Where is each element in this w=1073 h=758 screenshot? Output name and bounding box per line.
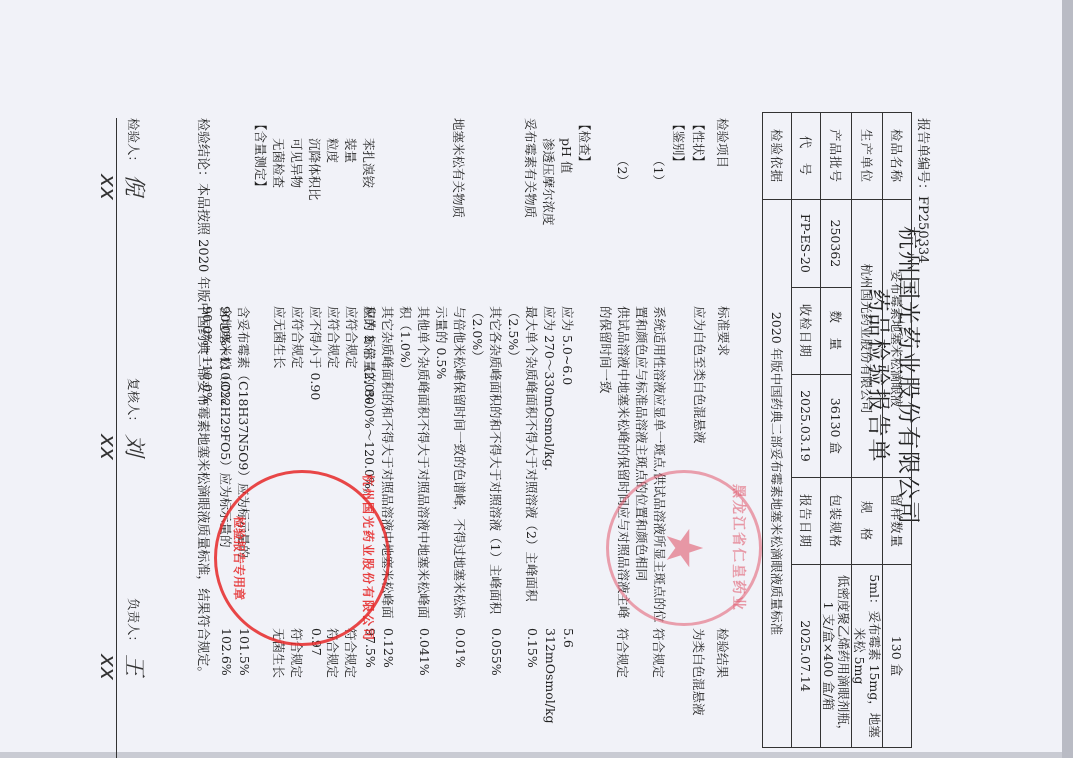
product-code: FP-ES-20 (792, 200, 821, 288)
row-result: 符合规定 (324, 628, 342, 758)
row-item: 沉降体积比 (306, 118, 324, 338)
row-result: 101.5% (237, 628, 252, 758)
row-standard: 其它各杂质峰面积的和不得大于对照溶液（1）主峰面积（2.0%） (468, 306, 504, 626)
row-standard: 应为白色至类白色混悬液 (690, 306, 708, 626)
receive-date: 2025.03.19 (792, 374, 821, 477)
row-item: 渗透压摩尔浓度 (540, 118, 558, 338)
inspector: 检验人： 倪xx (125, 118, 143, 168)
row-item: 地塞米松有关物质 (450, 118, 468, 318)
manufacturer: 杭州国光药业股份有限公司 (852, 200, 883, 478)
row-item: 【性状】 (690, 118, 708, 318)
row-result: 符合规定 (288, 628, 306, 758)
info-table: 检品名称 妥布霉素地塞米松滴眼液 留样数量 130 盒 生产单位 杭州国光药业股… (762, 112, 912, 748)
scan-edge (1062, 0, 1073, 758)
row-standard: 与倍他米松峰保留时间一致的色谱峰，不得过地塞米松标示量的 0.5% (432, 306, 468, 626)
row-standard: 应符合规定 (342, 306, 360, 626)
report-date: 2025.07.14 (792, 565, 821, 748)
reviewer-signature: 刘xx (95, 434, 151, 460)
report-page: 杭州国光药业股份有限公司 药品检验报告单 报告单编号：FP250334 检品名称… (0, 0, 1062, 752)
responsible: 负责人： 王xx (125, 598, 143, 648)
test-basis: 2020 年版中国药典二部妥布霉素地塞米松滴眼液质量标准 (763, 200, 792, 748)
row-result: 102.6% (219, 628, 234, 758)
row-item: 可见异物 (288, 118, 306, 338)
row-result: 0.041% (417, 628, 432, 758)
row-result: 为类白色混悬液 (690, 628, 708, 758)
row-item: 【含量测定】 (252, 118, 270, 318)
row-standard: 应不得小于 0.90 (306, 306, 324, 626)
row-result: 符合规定 (650, 628, 668, 758)
row-result: 0.15% (525, 628, 540, 758)
row-item: 苯扎溴铵 (360, 118, 378, 338)
row-result: 97.5% (363, 628, 378, 758)
quantity: 36130 盒 (821, 374, 852, 477)
row-standard: 应为 标示量的 80.0%～120.0%。 (360, 306, 378, 626)
row-item: 粒度 (324, 118, 342, 338)
row-result: 5.6 (561, 628, 576, 758)
row-item: 妥布霉素有关物质 (522, 118, 540, 318)
row-item: pH 值 (558, 118, 576, 338)
row-item: 【鉴别】 (670, 118, 688, 318)
row-result: 0.97 (309, 628, 324, 758)
row-result: 312mOsmol/kg (543, 628, 558, 758)
row-result: 无菌生长 (270, 628, 288, 758)
row-standard: 最大单个杂质峰面积不得大于对照溶液（2）主峰面积（2.5%） (504, 306, 540, 626)
row-standard: 应无菌生长 (270, 306, 288, 626)
inspector-signature: 倪xx (95, 174, 151, 200)
report-number: 报告单编号：FP250334 (915, 118, 934, 263)
sample-qty: 130 盒 (883, 565, 912, 748)
row-standard: 应符合规定 (288, 306, 306, 626)
row-standard: 应为 5.0~6.0 (558, 306, 576, 626)
row-result: 符合规定 (614, 628, 632, 758)
row-item: 无菌检查 (270, 118, 288, 338)
row-item: 【检查】 (576, 118, 594, 318)
row-item: 装量 (342, 118, 360, 338)
spec: 5ml：妥布霉素 15mg，地塞米松 5mg (852, 565, 883, 748)
row-standard: 系统适用性溶液应显单一斑点,供试品溶液所显主斑点的位置和颜色应与标准品溶液主斑点… (632, 306, 668, 626)
conclusion: 检验结论：本品按照 2020 年版中国药典二部妥布霉素地塞米松滴眼液质量标准，结… (192, 118, 212, 758)
row-standard: 供试品溶液中地塞米松峰的保留时间应与对照品溶液主峰的保留时间一致 (596, 306, 632, 626)
product-name: 妥布霉素地塞米松滴眼液 (883, 200, 912, 478)
responsible-signature: 王xx (95, 654, 151, 680)
row-standard: 应符合规定 (324, 306, 342, 626)
row-result: 0.055% (489, 628, 504, 758)
row-result: 0.01% (453, 628, 468, 758)
reviewer: 复核人： 刘xx (125, 378, 143, 428)
batch-no: 250362 (821, 200, 852, 288)
package-spec: 低密度聚乙烯药用滴眼剂瓶，1 支/盒×400 盒/箱 (821, 565, 852, 748)
row-result: 0.12% (381, 628, 396, 758)
signature-line: 检验人： 倪xx 复核人： 刘xx 负责人： 王xx (116, 118, 157, 758)
row-standard: 应为 270～330mOsmol/kg. (540, 306, 558, 626)
row-standard: 其他单个杂质峰面积不得大于对照品溶液中地塞米松峰面积（1.0%） (396, 306, 432, 626)
row-result: 符合规定 (342, 628, 360, 758)
